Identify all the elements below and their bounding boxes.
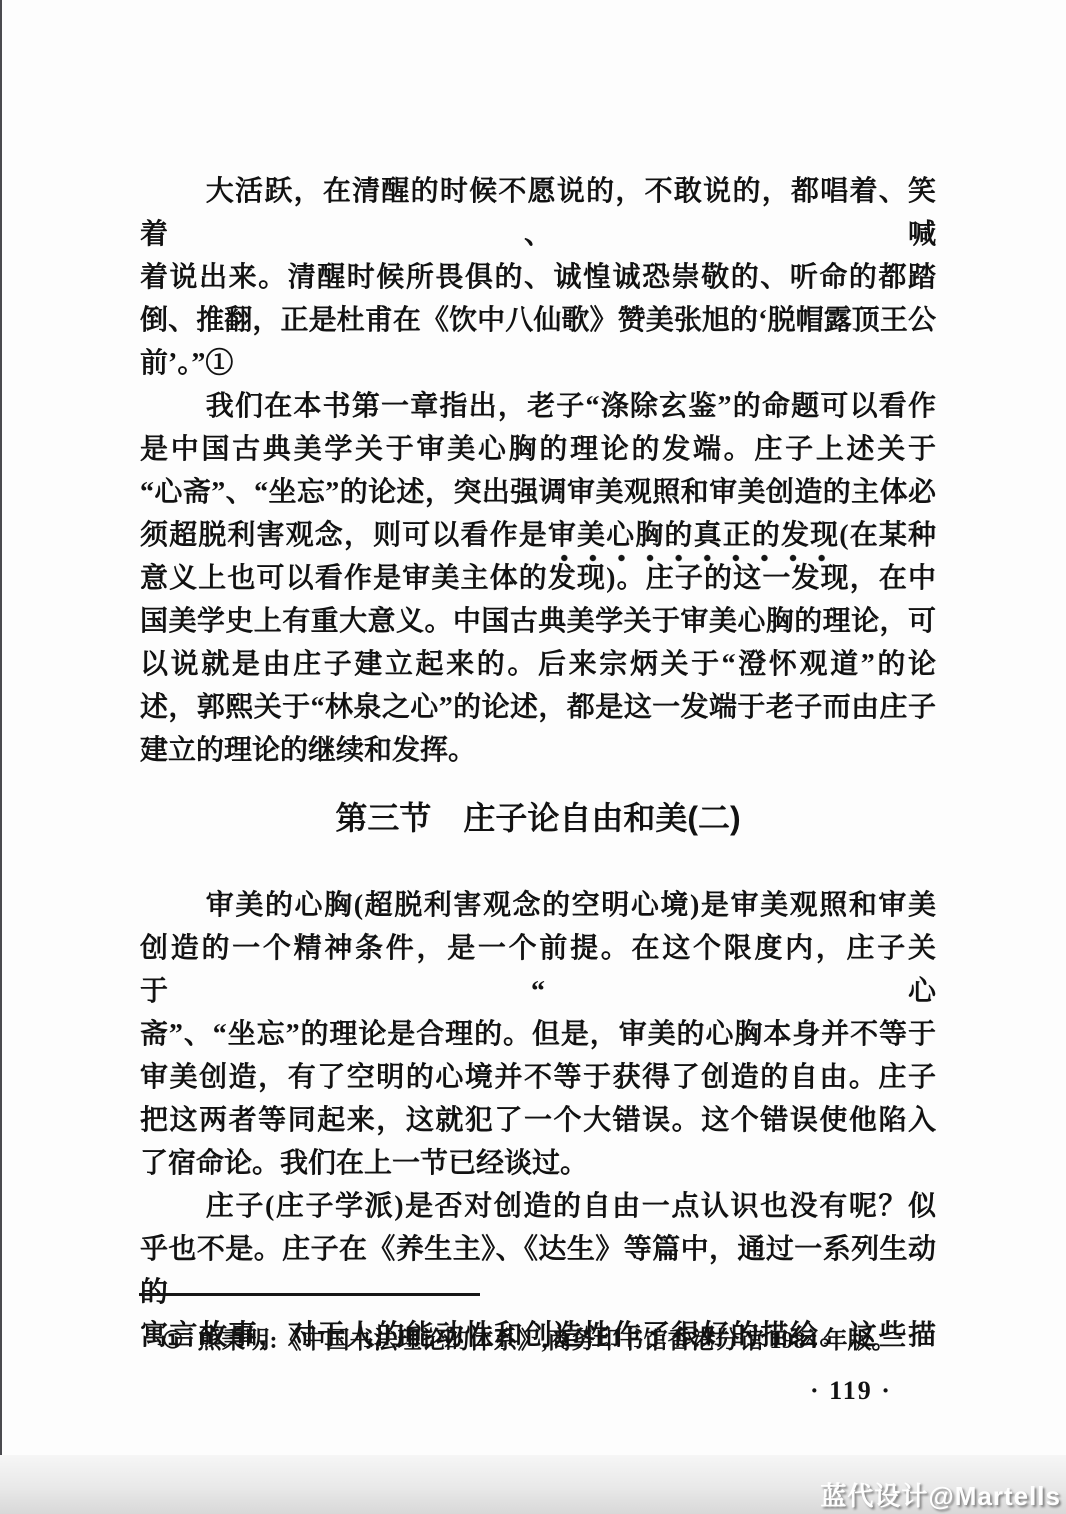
text-line: 庄子(庄子学派)是否对创造的自由一点认识也没有呢？似 [140, 1185, 936, 1228]
text-segment: 须超脱利害观念，则可以看作是 [140, 520, 548, 551]
footnote-divider [139, 1293, 480, 1296]
text-line: 国美学史上有重大意义。中国古典美学关于审美心胸的理论，可 [140, 600, 936, 643]
text-line: 了宿命论。我们在上一节已经谈过。 [140, 1142, 936, 1185]
text-line: 大活跃，在清醒的时候不愿说的，不敢说的，都唱着、笑着、喊 [140, 170, 936, 256]
text-line: 审美创造，有了空明的心境并不等于获得了创造的自由。庄子 [140, 1056, 936, 1099]
text-line: 把这两者等同起来，这就犯了一个大错误。这个错误使他陷入 [140, 1099, 936, 1142]
text-line: 审美的心胸(超脱利害观念的空明心境)是审美观照和审美 [140, 884, 936, 927]
footnote-marker: ① [162, 1328, 184, 1354]
text-line: 建立的理论的继续和发挥。 [140, 729, 936, 772]
text-line: 斋”、“坐忘”的理论是合理的。但是，审美的心胸本身并不等于 [140, 1013, 936, 1056]
text-line: 倒、推翻，正是杜甫在《饮中八仙歌》赞美张旭的‘脱帽露顶王公 [140, 299, 936, 342]
page-number: · 119 · [810, 1376, 892, 1406]
scanned-book-page: 大活跃，在清醒的时候不愿说的，不敢说的，都唱着、笑着、喊 着说出来。清醒时候所畏… [0, 0, 1066, 1514]
footnote: ①熊秉明:《中国书法理论的体系》,商务印书馆香港分馆 1984 年版。 [162, 1324, 952, 1358]
text-line: 是中国古典美学关于审美心胸的理论的发端。庄子上述关于 [140, 428, 936, 471]
page-left-edge [0, 0, 2, 1514]
body-text-upper: 大活跃，在清醒的时候不愿说的，不敢说的，都唱着、笑着、喊 着说出来。清醒时候所畏… [140, 170, 936, 772]
text-line: 创造的一个精神条件，是一个前提。在这个限度内，庄子关于“心 [140, 927, 936, 1013]
text-line: 意义上也可以看作是审美主体的发现)。庄子的这一发现，在中 [140, 557, 936, 600]
footnote-text: 熊秉明:《中国书法理论的体系》,商务印书馆香港分馆 1984 年版。 [198, 1328, 896, 1354]
text-line: 我们在本书第一章指出，老子“涤除玄鉴”的命题可以看作 [140, 385, 936, 428]
text-line: 以说就是由庄子建立起来的。后来宗炳关于“澄怀观道”的论 [140, 643, 936, 686]
text-line: 乎也不是。庄子在《养生主》、《达生》等篇中，通过一系列生动的 [140, 1228, 936, 1314]
text-segment: (在某种 [839, 520, 936, 551]
text-line: “心斋”、“坐忘”的论述，突出强调审美观照和审美创造的主体必 [140, 471, 936, 514]
text-line: 述，郭熙关于“林泉之心”的论述，都是这一发端于老子而由庄子 [140, 686, 936, 729]
text-line: 前’。”① [140, 342, 936, 385]
section-heading: 第三节 庄子论自由和美(二) [140, 796, 936, 840]
text-line-with-emphasis: 须超脱利害观念，则可以看作是审美心胸的真正的发现(在某种 [140, 514, 936, 557]
body-text-lower: 审美的心胸(超脱利害观念的空明心境)是审美观照和审美 创造的一个精神条件，是一个… [140, 884, 936, 1357]
emphasized-text: 审美心胸的真正的发现 [548, 520, 839, 562]
text-line: 着说出来。清醒时候所畏俱的、诚惶诚恐崇敬的、听命的都踏 [140, 256, 936, 299]
watermark: 蓝代设计@Martells [820, 1476, 1061, 1513]
